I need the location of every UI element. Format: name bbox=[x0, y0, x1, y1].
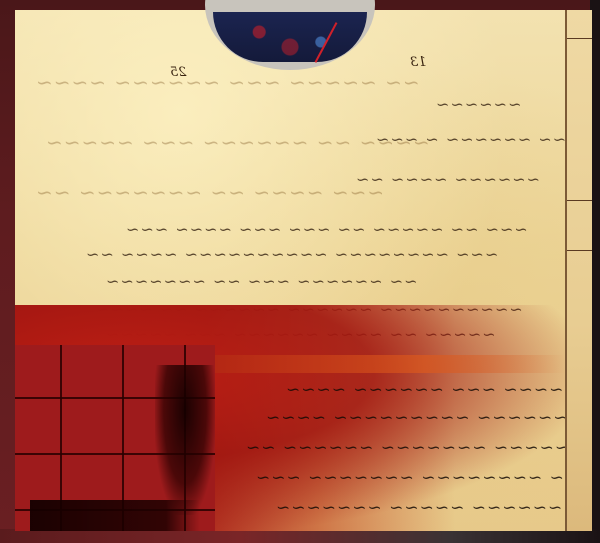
handwriting-line: ~~ ~~~~~~ ~ ~~~ bbox=[375, 130, 565, 149]
handwriting-line: ~~~~~~ ~~~~~ ~~~~~~~ bbox=[275, 498, 562, 518]
case-edge-bottom bbox=[0, 529, 600, 543]
ruled-line bbox=[567, 250, 592, 251]
handwriting-line: ~~~~ ~~ ~~~~~~ ~~~ ~~~~~ bbox=[45, 130, 430, 154]
side-flap bbox=[565, 10, 592, 531]
handwriting-line: ~~~~ ~~~~~~~~ ~~~~~~~ ~~~ bbox=[255, 468, 565, 488]
ruled-line bbox=[567, 38, 592, 39]
page-number-25: 25 bbox=[170, 65, 187, 80]
handwriting-line: ~~~~~~ ~~~~ ~~ bbox=[355, 170, 540, 189]
handwriting-line: ~~~~ ~~~ ~~~~~~ ~~~~ bbox=[285, 380, 563, 400]
shadow-base bbox=[30, 500, 200, 531]
handwriting-line: ~~ ~~~~~~ ~~~ ~~ ~~~~~~~ bbox=[105, 272, 417, 291]
handwriting-line: ~~~~~~ ~~~~~~~~~ ~~~~ bbox=[265, 408, 565, 428]
stain-band bbox=[215, 355, 565, 373]
handwriting-line: ~~~~~~ bbox=[435, 95, 521, 114]
cd-package-scene: ~~ ~~~~~ ~~~ ~~~~~~ ~~~~ ~~~~ ~~ ~~~~~~ … bbox=[0, 0, 600, 543]
handwriting-line: ~~ ~~~~~ ~~~ ~~~~~~ ~~~~ bbox=[35, 70, 420, 94]
cd-disc bbox=[213, 12, 367, 62]
handwriting-line: ~~~~~~ ~~~~~~~ ~~~~~~ ~~ bbox=[245, 438, 565, 458]
shadow-figure bbox=[155, 365, 215, 515]
handwritten-letter-panel: ~~ ~~~~~ ~~~ ~~~~~~ ~~~~ ~~~~ ~~ ~~~~~~ … bbox=[15, 10, 565, 531]
handwriting-line: ~~~ ~~ ~~~~~ ~~ ~~~ ~~~ ~~~~ ~~~ bbox=[125, 220, 528, 239]
handwriting-line: ~~~ ~~~~ ~~ ~~~~~~~ ~~ bbox=[35, 180, 384, 204]
handwriting-line: ~~~ ~~~~~~~~ ~~~~~~~~~~ ~~~~ ~~ bbox=[85, 245, 498, 264]
ruled-line bbox=[567, 200, 592, 201]
page-number-13: 13 bbox=[410, 55, 427, 70]
